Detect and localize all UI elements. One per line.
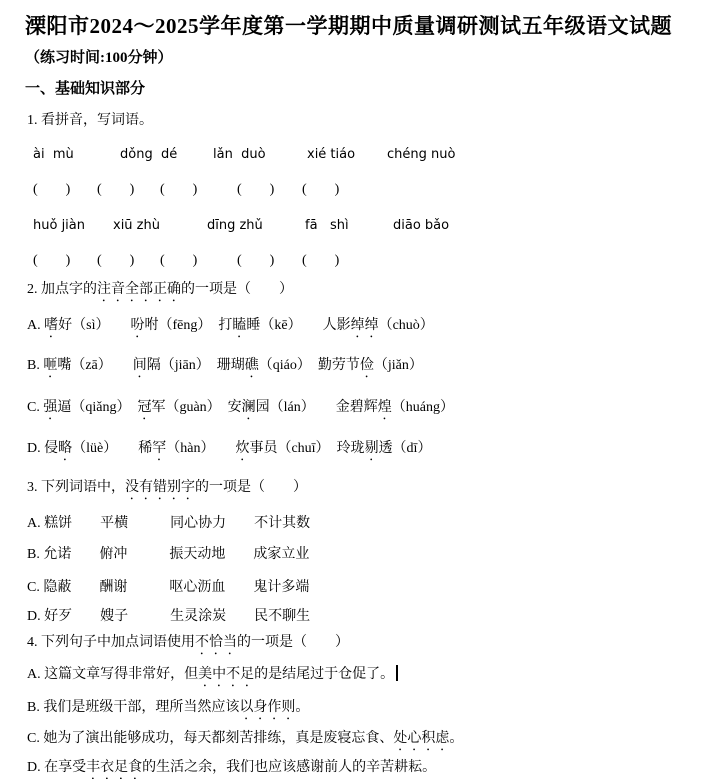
emphasized-text: 绰绰 [351,318,379,333]
text-segment: 好（sì） [58,318,130,333]
answer-blank: ( ) [33,252,70,271]
text-segment: 的是结尾过于仓促了。 [254,667,394,682]
exam-time-note: （练习时间:100分钟） [25,48,173,68]
pinyin-item: xiū zhù [113,217,160,235]
text-segment: （lüè） [72,441,138,456]
text-segment: 园（lán） [256,400,336,415]
answer-blank: ( ) [302,252,339,271]
text-segment: 军（guàn） [151,400,227,415]
emphasized-text: 澜 [242,400,256,415]
emphasized-text: 以身作则 [239,700,295,715]
pinyin-item: huǒ jiàn [33,217,85,235]
text-segment: 4. 下列句子中加点词语使用 [27,635,195,650]
text-segment: 嘴（zā） [57,358,132,373]
text-segment: B. 我们是班级干部，理所当然应该 [27,700,239,715]
text-segment: C. [27,400,43,415]
answer-blank: ( ) [33,181,70,200]
text-segment: 打 [218,318,232,333]
emphasized-text: 间 [133,358,147,373]
text-segment: 侵 [44,441,58,456]
emphasized-text: 瞌 [232,318,246,333]
emphasized-text: 吩 [130,318,144,333]
emphasized-text: 咂 [43,358,57,373]
text-segment: 稀 [138,441,152,456]
emphasized-text: 处心积虑 [393,731,449,746]
text-segment: 珊瑚 [217,358,245,373]
emphasized-text: 礁 [245,358,259,373]
text-segment: （qiáo） [259,358,318,373]
text-segment: （jiǎn） [374,358,423,373]
emphasized-text: 煌 [378,400,392,415]
question-4-option-c: C. 她为了演出能够成功，每天都刻苦排练，真是废寝忘食、处心积虑。 [27,730,463,754]
text-cursor [396,665,398,681]
emphasized-text: 罕 [152,441,166,456]
emphasized-text: 冠 [137,400,151,415]
pinyin-item: dǒng dé [120,146,177,164]
text-segment: 2. 加点字的 [27,282,97,297]
question-4-option-b: B. 我们是班级干部，理所当然应该以身作则。 [27,699,309,723]
answer-blank: ( ) [97,181,134,200]
text-segment: 的一项是（ ） [237,635,349,650]
text-segment: 咐（fēng） [144,318,218,333]
pinyin-item: diāo bǎo [393,217,449,235]
text-segment: 隔（jiān） [147,358,217,373]
emphasized-text: 没有错别字 [125,480,195,495]
text-segment: 事员（chuī） [249,441,336,456]
text-segment: 安 [228,400,242,415]
text-segment: （chuò） [379,318,434,333]
text-segment: 人影 [323,318,351,333]
question-3-option-d: D. 好歹 嫂子 生灵涂炭 民不聊生 [27,608,310,627]
document-canvas[interactable]: 溧阳市2024～2025学年度第一学期期中质量调研测试五年级语文试题 （练习时间… [0,0,701,779]
question-4-option-a: A. 这篇文章写得非常好，但美中不足的是结尾过于仓促了。 [27,665,398,690]
text-segment: C. 她为了演出能够成功，每天都刻苦排练，真是废寝忘食、 [27,731,393,746]
text-segment: 。 [449,731,463,746]
emphasized-text: 丰衣足食 [86,760,142,775]
text-segment: 3. 下列词语中， [27,480,125,495]
text-segment: 的一项是（ ） [181,282,293,297]
text-segment: 。 [295,700,309,715]
pinyin-item: fā shì [305,217,349,235]
question-4-prompt: 4. 下列句子中加点词语使用不恰当的一项是（ ） [27,634,349,658]
section-heading: 一、基础知识部分 [25,79,145,99]
text-segment: 勤劳节 [318,358,360,373]
emphasized-text: 强 [43,400,57,415]
emphasized-text: 美中不足 [198,667,254,682]
answer-blank: ( ) [302,181,339,200]
question-2-option-a: A. 嗜好（sì） 吩咐（fēng） 打瞌睡（kē） 人影绰绰（chuò） [27,317,434,341]
emphasized-text: 注音全部正确 [97,282,181,297]
answer-blank: ( ) [237,252,274,271]
text-segment: 的生活之余，我们也应该感谢前人的辛苦耕耘。 [142,760,436,775]
emphasized-text: 俭 [360,358,374,373]
question-3-prompt: 3. 下列词语中，没有错别字的一项是（ ） [27,479,307,503]
emphasized-text: 不恰当 [195,635,237,650]
question-2-prompt: 2. 加点字的注音全部正确的一项是（ ） [27,281,293,305]
emphasized-text: 炊 [235,441,249,456]
emphasized-text: 嗜 [44,318,58,333]
text-segment: D. 在享受 [27,760,86,775]
question-3-option-a: A. 糕饼 平横 同心协力 不计其数 [27,515,310,534]
text-segment: A. [27,318,44,333]
text-segment: 透（dī） [379,441,432,456]
text-segment: 金碧辉 [336,400,378,415]
text-segment: A. 这篇文章写得非常好，但 [27,667,198,682]
pinyin-item: chéng nuò [387,146,455,164]
pinyin-item: xié tiáo [307,146,355,164]
question-2-option-d: D. 侵略（lüè） 稀罕（hàn） 炊事员（chuī） 玲珑剔透（dī） [27,440,431,464]
text-segment: （huáng） [392,400,454,415]
pinyin-item: lǎn duò [213,146,266,164]
question-1-prompt: 1. 看拼音，写词语。 [27,112,153,131]
question-3-option-c: C. 隐蔽 酬谢 呕心沥血 鬼计多端 [27,579,309,598]
text-segment: （hàn） [166,441,235,456]
answer-blank: ( ) [97,252,134,271]
exam-title: 溧阳市2024～2025学年度第一学期期中质量调研测试五年级语文试题 [25,12,672,40]
answer-blank: ( ) [237,181,274,200]
answer-blank: ( ) [160,181,197,200]
answer-blank: ( ) [160,252,197,271]
question-4-option-d: D. 在享受丰衣足食的生活之余，我们也应该感谢前人的辛苦耕耘。 [27,759,436,779]
text-segment: 玲珑 [337,441,365,456]
text-segment: 逼（qiǎng） [57,400,137,415]
text-segment: D. [27,441,44,456]
question-3-option-b: B. 允诺 俯冲 振天动地 成家立业 [27,546,309,565]
text-segment: 的一项是（ ） [195,480,307,495]
emphasized-text: 略 [58,441,72,456]
text-segment: 睡（kē） [246,318,322,333]
text-segment: B. [27,358,43,373]
pinyin-item: ài mù [33,146,74,164]
emphasized-text: 剔 [365,441,379,456]
pinyin-item: dīng zhǔ [207,217,263,235]
question-2-option-c: C. 强逼（qiǎng） 冠军（guàn） 安澜园（lán） 金碧辉煌（huán… [27,399,454,423]
question-2-option-b: B. 咂嘴（zā） 间隔（jiān） 珊瑚礁（qiáo） 勤劳节俭（jiǎn） [27,357,423,381]
